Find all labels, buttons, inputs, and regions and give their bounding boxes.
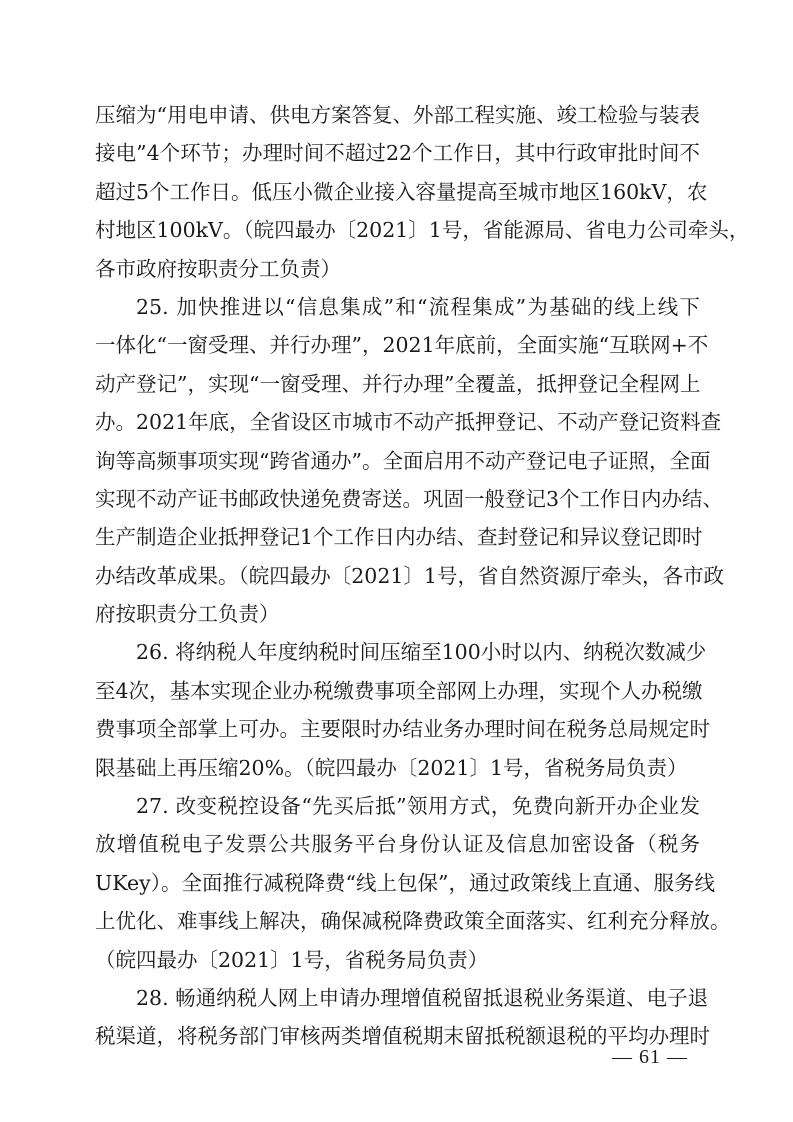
text-line: 一体化“一窗受理、并行办理”，2021年底前，全面实施“互联网+不	[95, 326, 700, 364]
text-line: 生产制造企业抵押登记1个工作日内办结、查封登记和异议登记即时	[95, 518, 700, 556]
text-line: 办结改革成果。（皖四最办〔2021〕1号，省自然资源厅牵头，各市政	[95, 557, 700, 595]
text-line: 询等高频事项实现“跨省通办”。全面启用不动产登记电子证照，全面	[95, 442, 700, 480]
text-line: 费事项全部掌上可办。主要限时办结业务办理时间在税务总局规定时	[95, 710, 700, 748]
text-line: 税渠道，将税务部门审核两类增值税期末留抵税额退税的平均办理时	[95, 1017, 700, 1055]
text-line: UKey）。全面推行减税降费“线上包保”，通过政策线上直通、服务线	[95, 864, 700, 902]
text-line: 上优化、难事线上解决，确保减税降费政策全面落实、红利充分释放。	[95, 902, 700, 940]
text-line: 村地区100kV。（皖四最办〔2021〕1号，省能源局、省电力公司牵头，	[95, 211, 700, 249]
text-line: 府按职责分工负责）	[95, 595, 700, 633]
text-line: 至4次，基本实现企业办税缴费事项全部网上办理，实现个人办税缴	[95, 672, 700, 710]
text-line: 限基础上再压缩20%。（皖四最办〔2021〕1号，省税务局负责）	[95, 749, 700, 787]
text-line: 办。2021年底，全省设区市城市不动产抵押登记、不动产登记资料查	[95, 403, 700, 441]
text-line: 动产登记”，实现“一窗受理、并行办理”全覆盖，抵押登记全程网上	[95, 365, 700, 403]
paragraph-first-line: 27. 改变税控设备“先买后抵”领用方式，免费向新开办企业发	[95, 787, 700, 825]
text-line: 各市政府按职责分工负责）	[95, 250, 700, 288]
document-body: 压缩为“用电申请、供电方案答复、外部工程实施、竣工检验与装表接电”4个环节；办理…	[95, 96, 700, 1056]
text-line: 实现不动产证书邮政快递免费寄送。巩固一般登记3个工作日内办结、	[95, 480, 700, 518]
text-line: 放增值税电子发票公共服务平台身份认证及信息加密设备（税务	[95, 825, 700, 863]
text-line: 接电”4个环节；办理时间不超过22个工作日，其中行政审批时间不	[95, 134, 700, 172]
paragraph-first-line: 28. 畅通纳税人网上申请办理增值税留抵退税业务渠道、电子退	[95, 979, 700, 1017]
page-number: — 61 —	[612, 1046, 688, 1069]
paragraph-first-line: 26. 将纳税人年度纳税时间压缩至100小时以内、纳税次数减少	[95, 633, 700, 671]
paragraph-first-line: 25. 加快推进以“信息集成”和“流程集成”为基础的线上线下	[95, 288, 700, 326]
text-line: 压缩为“用电申请、供电方案答复、外部工程实施、竣工检验与装表	[95, 96, 700, 134]
text-line: 超过5个工作日。低压小微企业接入容量提高至城市地区160kV，农	[95, 173, 700, 211]
text-line: （皖四最办〔2021〕1号，省税务局负责）	[95, 941, 700, 979]
